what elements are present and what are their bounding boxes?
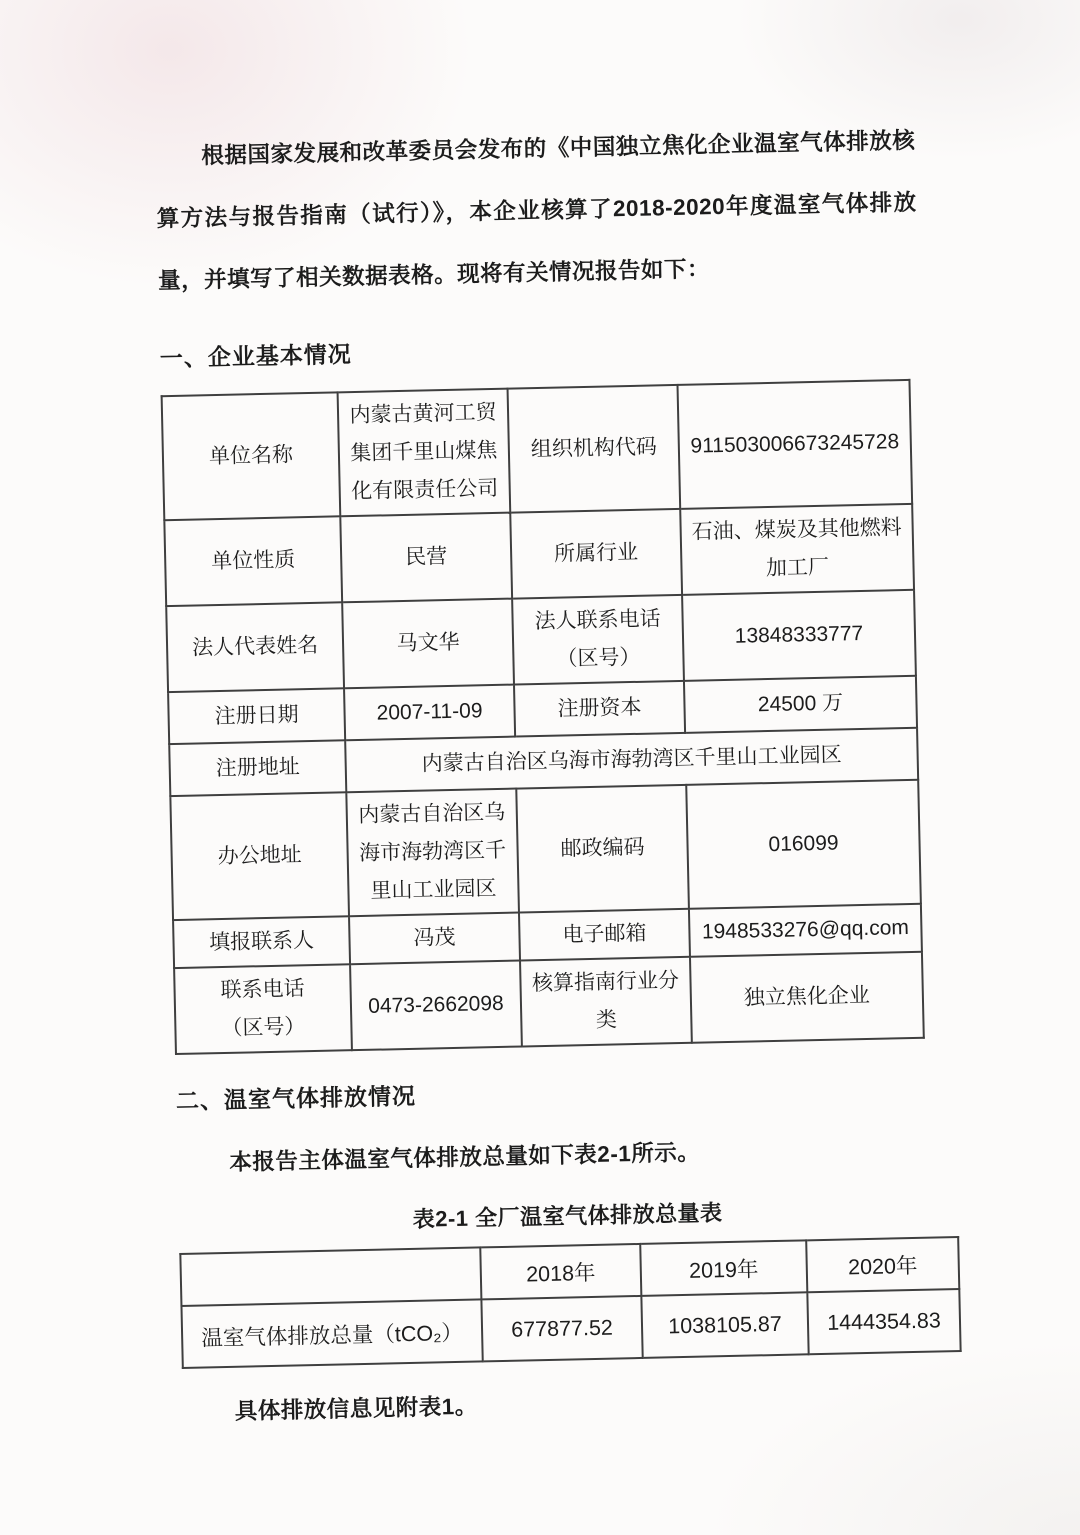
document-sheet: 根据国家发展和改革委员会发布的《中国独立焦化企业温室气体排放核算方法与报告指南（…: [0, 0, 1080, 1431]
table-row-legal-rep: 法人代表姓名 马文华 法人联系电话 （区号） 13848333777: [166, 590, 916, 692]
table-row-contact-phone: 联系电话 （区号） 0473-2662098 核算指南行业分类 独立焦化企业: [174, 952, 924, 1054]
section-1-heading: 一、企业基本情况: [159, 324, 920, 374]
field-label-legal-phone: 法人联系电话 （区号）: [512, 595, 684, 685]
table-row-unit-type: 单位性质 民营 所属行业 石油、煤炭及其他燃料加工厂: [164, 504, 914, 606]
field-label-postal-code: 邮政编码: [516, 785, 689, 913]
emissions-value-2019: 1038105.87: [641, 1292, 808, 1358]
field-value-postal-code: 016099: [686, 780, 921, 909]
field-value-legal-phone: 13848333777: [682, 590, 916, 681]
field-label-reg-capital: 注册资本: [514, 681, 685, 737]
field-value-unit-name: 内蒙古黄河工贸集团千里山煤焦化有限责任公司: [338, 389, 511, 517]
footnote-paragraph: 具体排放信息见附表1。: [182, 1378, 943, 1427]
field-label-reg-date: 注册日期: [168, 688, 345, 744]
field-label-unit-type: 单位性质: [164, 516, 342, 606]
scanned-document-page: 根据国家发展和改革委员会发布的《中国独立焦化企业温室气体排放核算方法与报告指南（…: [0, 0, 1080, 1535]
field-value-org-code: 911503006673245728: [678, 380, 913, 509]
field-label-contact-phone: 联系电话 （区号）: [174, 964, 352, 1054]
emissions-total-table: 2018年 2019年 2020年 温室气体排放总量（tCO₂） 677877.…: [179, 1236, 961, 1369]
emissions-value-2018: 677877.52: [481, 1296, 642, 1361]
field-value-industry: 石油、煤炭及其他燃料加工厂: [680, 504, 914, 595]
field-label-industry: 所属行业: [510, 509, 682, 599]
table-row-office-address: 办公地址 内蒙古自治区乌海市海勃湾区千里山工业园区 邮政编码 016099: [170, 780, 921, 920]
emissions-intro-paragraph: 本报告主体温室气体排放总量如下表2-1所示。: [177, 1129, 938, 1178]
field-label-unit-name: 单位名称: [162, 392, 341, 520]
field-value-reg-date: 2007-11-09: [344, 685, 515, 741]
field-label-office-address: 办公地址: [170, 792, 349, 920]
field-value-contact-person: 冯茂: [349, 913, 520, 965]
field-value-email: 1948533276@qq.com: [689, 904, 922, 957]
intro-paragraph: 根据国家发展和改革委员会发布的《中国独立焦化企业温室气体排放核算方法与报告指南（…: [155, 110, 919, 313]
emissions-header-2020: 2020年: [806, 1237, 959, 1292]
emissions-row-label: 温室气体排放总量（tCO₂）: [181, 1299, 482, 1368]
field-label-contact-person: 填报联系人: [173, 916, 350, 968]
company-info-table: 单位名称 内蒙古黄河工贸集团千里山煤焦化有限责任公司 组织机构代码 911503…: [161, 379, 925, 1055]
field-value-guide-category: 独立焦化企业: [690, 952, 924, 1043]
field-value-reg-capital: 24500 万: [684, 676, 917, 733]
field-label-legal-rep: 法人代表姓名: [166, 602, 344, 692]
field-label-org-code: 组织机构代码: [508, 385, 681, 513]
field-value-unit-type: 民营: [340, 513, 512, 603]
field-label-reg-address: 注册地址: [169, 740, 346, 796]
table-2-1-caption: 表2-1 全厂温室气体排放总量表: [178, 1191, 956, 1239]
field-label-guide-category: 核算指南行业分类: [520, 957, 692, 1047]
field-value-contact-phone: 0473-2662098: [350, 961, 522, 1051]
field-value-legal-rep: 马文华: [342, 599, 514, 689]
emissions-header-2018: 2018年: [480, 1244, 641, 1299]
emissions-header-blank: [180, 1247, 481, 1306]
field-label-email: 电子邮箱: [519, 909, 690, 961]
section-2-heading: 二、温室气体排放情况: [176, 1066, 937, 1116]
emissions-value-2020: 1444354.83: [807, 1289, 960, 1354]
emissions-header-2019: 2019年: [640, 1240, 807, 1296]
field-value-office-address: 内蒙古自治区乌海市海勃湾区千里山工业园区: [346, 789, 519, 917]
table-row-unit-name: 单位名称 内蒙古黄河工贸集团千里山煤焦化有限责任公司 组织机构代码 911503…: [162, 380, 913, 520]
document-content: 根据国家发展和改革委员会发布的《中国独立焦化企业温室气体排放核算方法与报告指南（…: [0, 0, 1080, 1431]
